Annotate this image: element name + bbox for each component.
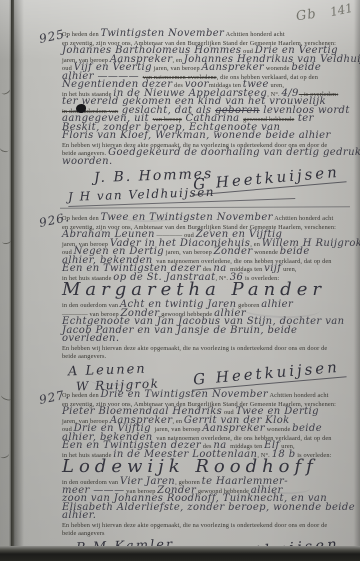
margin-ink-mark [2,237,12,244]
record-line: jaren, van beroep Aanspreker, en Johanne… [62,54,352,63]
record-body: Op heden den Twee en Twintigsten Novembe… [62,212,352,359]
scan-bottom-edge [0,546,360,561]
death-record-926: 926. Op heden den Twee en Twintigsten No… [62,212,352,396]
record-line: in het huis staande in de Nieuwe Appelaa… [62,88,352,97]
record-body: Op heden den Twintigsten November Achtti… [62,28,352,164]
handwritten-text: Margaretha Pander [62,279,326,300]
record-line: Op heden den Twintigsten November Achtti… [62,28,352,37]
record-line: Elisabeth Alderliefste, zonder beroep, w… [62,502,352,511]
pencil-mark: Gb [295,7,318,25]
record-line: Margaretha Pander [62,280,352,299]
declarant-signature-1: A Leunen [68,361,147,379]
record-line: in den ouderdom van geslacht, dat als ge… [62,105,352,114]
record-line: aangegeven, uit van beroep Catharina gew… [62,113,352,122]
record-line: Lodewijk Roodhoff [62,457,352,476]
record-line: zoon van Johannes Roodhoff, Tuinknecht, … [62,493,352,502]
record-line: oud Vijf en Veertig jaren, van beroep Aa… [62,62,352,71]
record-line: En hebben wij hiervan deze akte opgemaak… [62,342,352,351]
record-line: in den ouderdom van Vier Jaren, geboren … [62,476,352,485]
record-line: alhier ———— van natenoemen overledene, d… [62,71,352,80]
record-line: jaren, van beroep Vader in het Diaconieh… [62,238,352,247]
record-line: alhier, bekenden van natenoemen overlede… [62,432,352,441]
record-line: meer ——— van beroep Zonder gewoond hebbe… [62,485,352,494]
handwritten-text: Elisabeth Alderliefste, zonder beroep, w… [62,502,355,513]
record-line: ter wereld gekomen een kind van het vrou… [62,96,352,105]
handwritten-text: Lodewijk Roodhoff [62,456,318,477]
record-line: Johannes Bartholomeus Hommes oud Drie en… [62,45,352,54]
record-line: ———— van beroep Zonder gewoond hebbende … [62,308,352,317]
death-record-927: 927. Op heden den Drie en Twintigsten No… [62,389,352,561]
record-line: in den ouderdom van Acht en twintig Jare… [62,299,352,308]
scanned-register-page: Gb 141 925. Op heden den Twintigsten Nov… [0,0,360,561]
signature-block: G Heetkuijsen J. B. Hommes J H van Veldh… [62,167,352,207]
record-line: Floris van Kloef, Werkman, wonende beide… [62,130,352,139]
handwritten-text: alhier [261,299,293,310]
record-line: Echtgenoote van Jan Jacobus van Stijn, d… [62,316,352,325]
book-binding-edge [11,0,14,561]
record-line: Op heden den Twee en Twintigsten Novembe… [62,212,352,221]
record-line: En hebben wij hiervan deze akte opgemaak… [62,519,352,528]
margin-ink-mark [0,145,10,153]
ink-blot [76,104,86,113]
margin-ink-mark [0,451,10,459]
record-line: beide aangevers. Goedgekeurd de doorhali… [62,147,352,156]
record-line: Pieter Bloemendaal Hendriks oud Twee en … [62,406,352,415]
record-divider [60,206,350,209]
record-line: oud Negen en Dertig jaren, van beroep Zo… [62,246,352,255]
printed-form-text: beide aangevers [62,530,105,537]
record-line: Op heden den Drie en Twintigsten Novembe… [62,389,352,398]
death-record-925: 925. Op heden den Twintigsten November A… [62,28,352,207]
page-right-shadow [354,0,360,561]
record-body: Op heden den Drie en Twintigsten Novembe… [62,389,352,536]
record-line: en zeventig, zijn voor ons, Ambtenaar va… [62,37,352,46]
margin-ink-mark [0,86,11,95]
handwritten-text: Goedgekeurd de doorhaling van dertig ged… [108,147,360,158]
handwritten-text: ter [294,113,314,124]
handwritten-text: woorden. [62,156,113,167]
printed-form-text: beide aangevers. [62,353,106,360]
record-line: en zeventig, zijn voor ons, Ambtenaar va… [62,221,352,230]
record-line: en zeventig, zijn voor ons, Ambtenaar va… [62,398,352,407]
record-line: alhier, bekenden van natenoemen overlede… [62,255,352,264]
record-line: oud Drie en Vijftig jaren, van beroep Aa… [62,423,352,432]
printed-form-text: uren, [281,266,296,273]
record-line: En hebben wij hiervan deze akte opgemaak… [62,139,352,148]
folio-number: 141 [329,1,354,19]
